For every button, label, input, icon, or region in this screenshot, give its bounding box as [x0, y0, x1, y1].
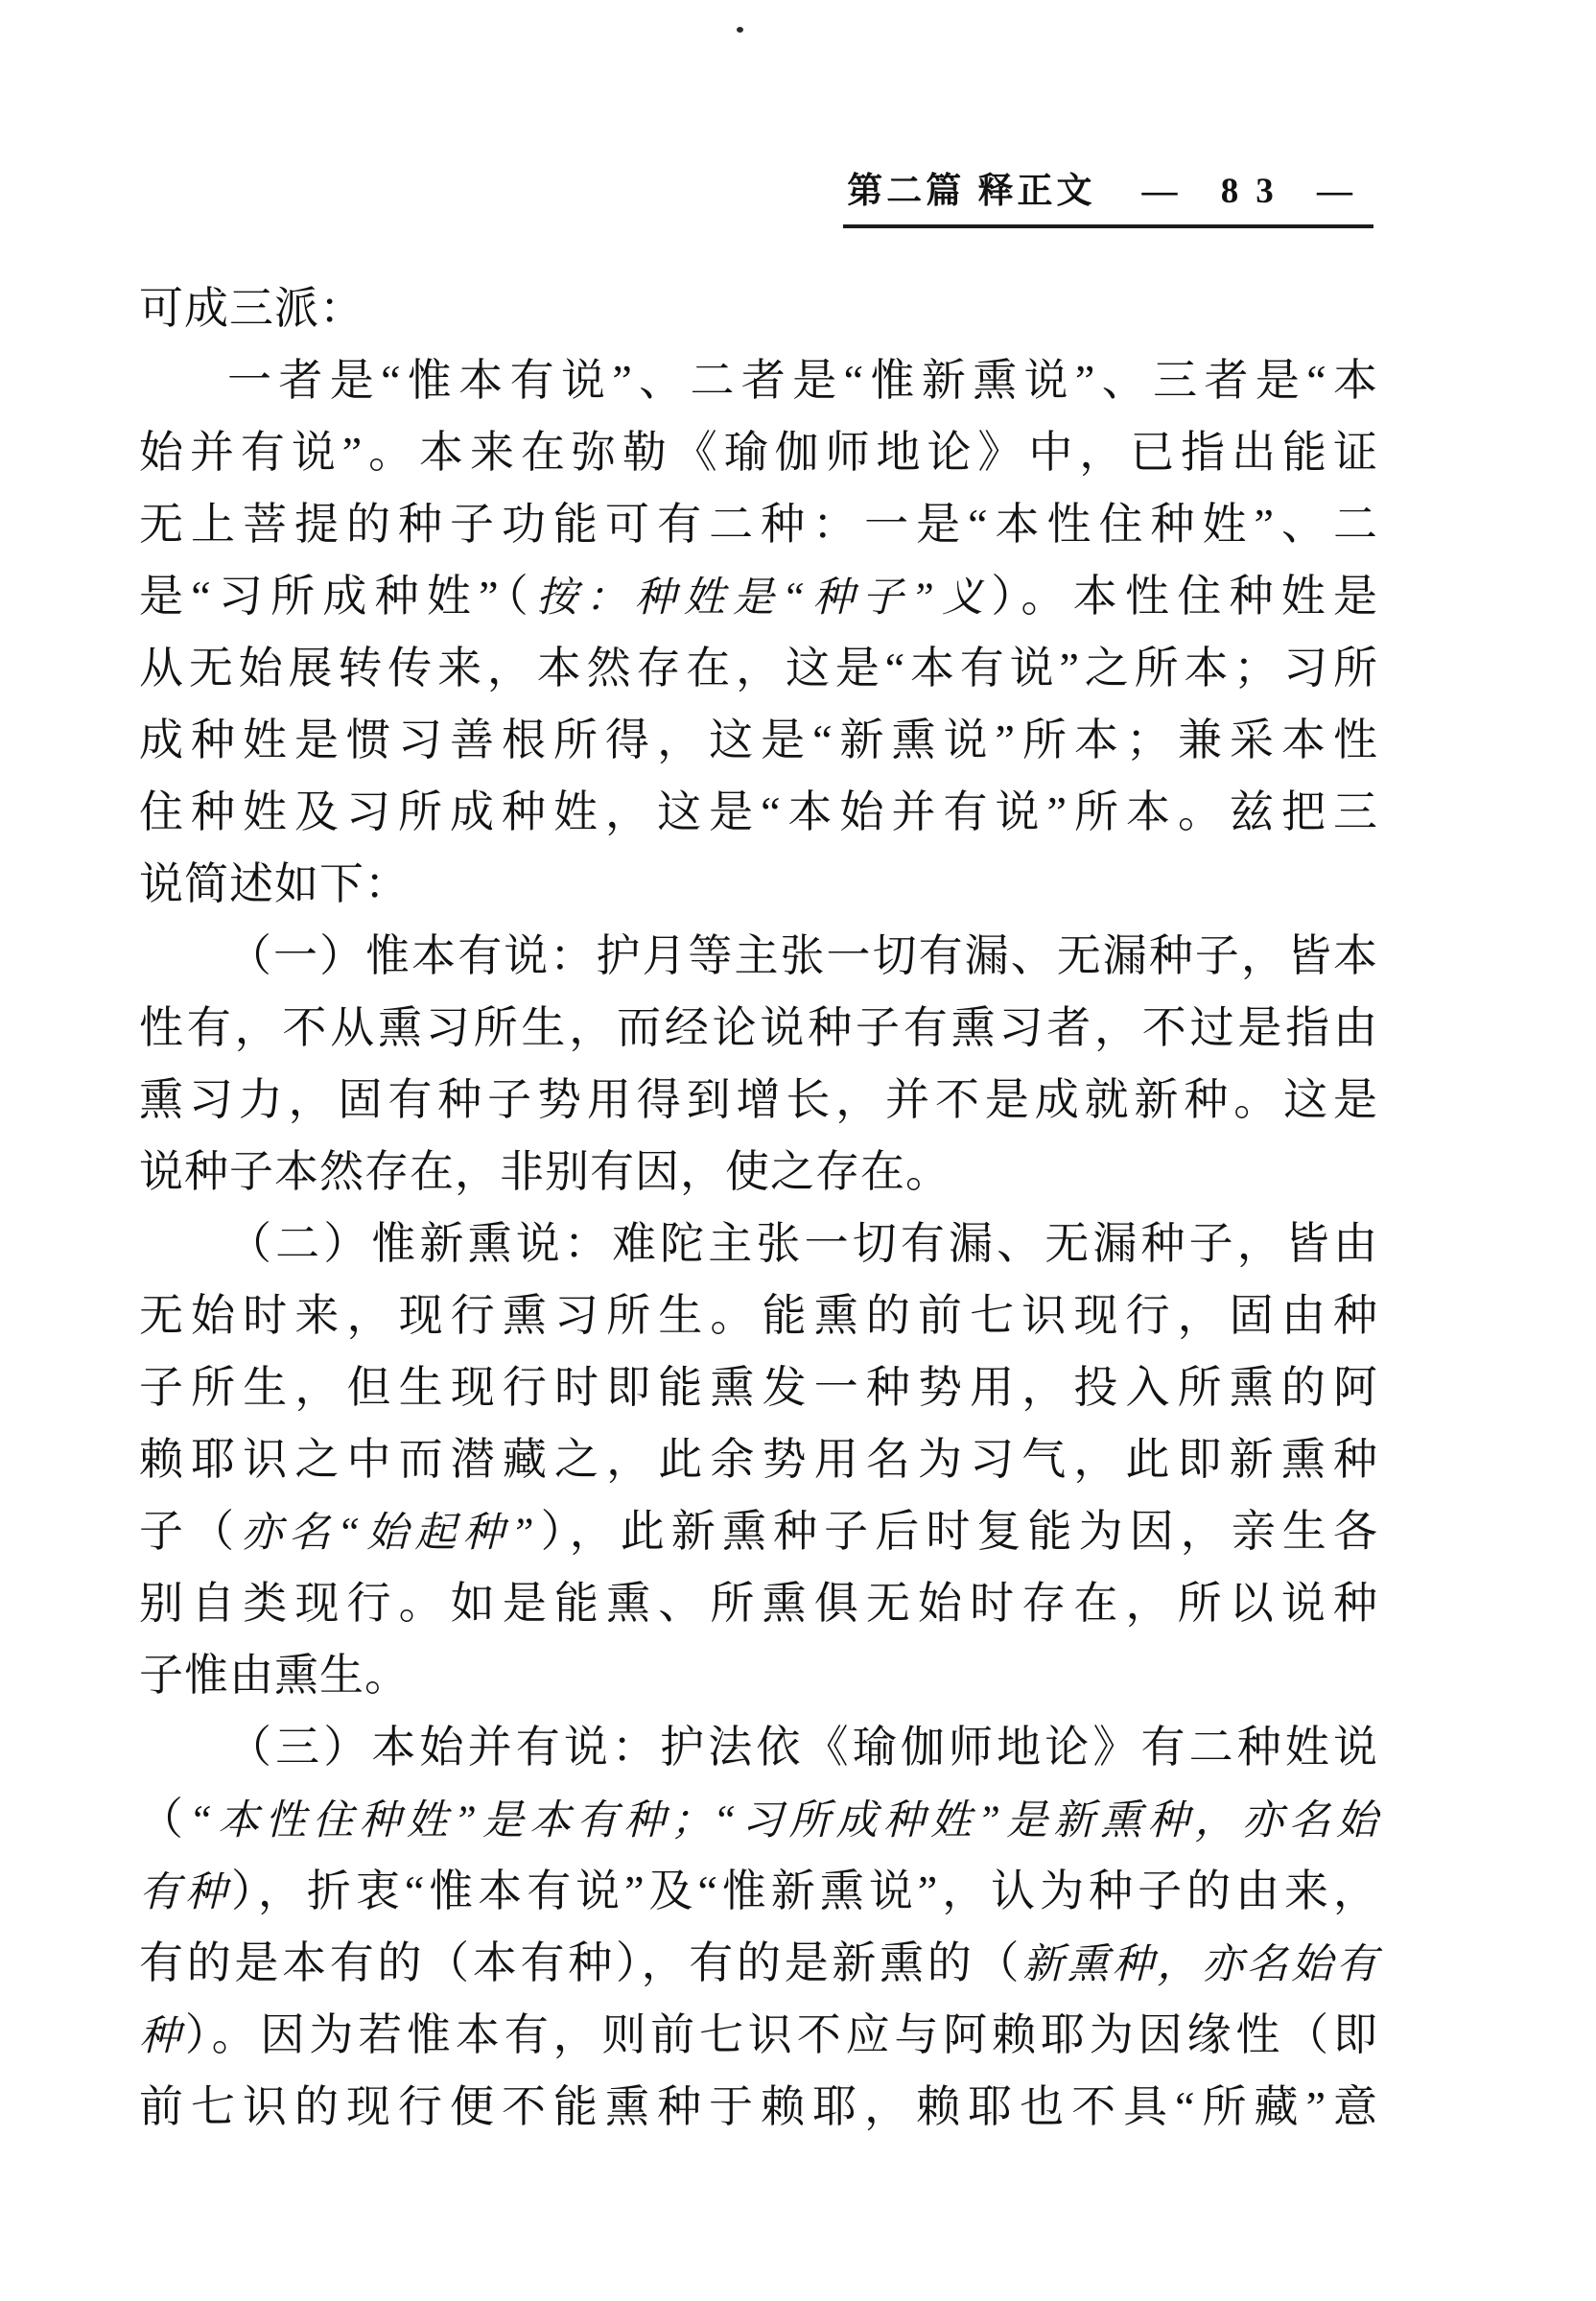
annotation-text: 新熏种，亦名始有 — [1022, 1942, 1378, 1987]
text-line: 无上菩提的种子功能可有二种：一是“本性住种姓”、二 — [139, 488, 1378, 560]
text-line: 住种姓及习所成种姓，这是“本始并有说”所本。兹把三 — [139, 776, 1378, 848]
annotation-text: 亦名“始起种” — [241, 1511, 534, 1556]
body-text-segment: 子（ — [139, 1507, 241, 1556]
text-line: 别自类现行。如是能熏、所熏俱无始时存在，所以说种 — [139, 1567, 1378, 1639]
text-line: 有种），折衷“惟本有说”及“惟新熏说”，认为种子的由来， — [139, 1855, 1378, 1927]
body-text-segment: ），折衷“惟本有说”及“惟新熏说”，认为种子的由来， — [231, 1867, 1378, 1915]
text-line: 是“习所成种姓”（按：种姓是“种子”义）。本性住种姓是 — [139, 560, 1378, 632]
body-text-segment: 说简述如下： — [139, 859, 410, 908]
body-text-segment: ）。因为若惟本有，则前七识不应与阿赖耶为因缘性（即 — [185, 2010, 1378, 2059]
body-text-segment: （ — [139, 1795, 189, 1843]
text-line: 种）。因为若惟本有，则前七识不应与阿赖耶为因缘性（即 — [139, 1999, 1378, 2071]
section-title: 第二篇 释正文 — [847, 172, 1095, 211]
book-page: 第二篇 释正文— 83 — 可成三派：一者是“惟本有说”、二者是“惟新熏说”、三… — [0, 0, 1596, 2301]
text-line: 从无始展转传来，本然存在，这是“本有说”之所本；习所 — [139, 632, 1378, 704]
body-text-segment: 前七识的现行便不能熏种于赖耶，赖耶也不具“所藏”意 — [139, 2082, 1378, 2131]
body-text-segment: ）。本性住种姓是 — [991, 572, 1378, 621]
text-line: 说种子本然存在，非别有因，使之存在。 — [139, 1136, 1378, 1208]
body-text-segment: （一）惟本有说：护月等主张一切有漏、无漏种子，皆本 — [227, 931, 1378, 980]
body-text-segment: 赖耶识之中而潜藏之，此余势用名为习气，此即新熏种 — [139, 1435, 1378, 1484]
text-line: （一）惟本有说：护月等主张一切有漏、无漏种子，皆本 — [139, 920, 1378, 992]
text-line: 性有，不从熏习所生，而经论说种子有熏习者，不过是指由 — [139, 992, 1378, 1064]
body-text-segment: 熏习力，固有种子势用得到增长，并不是成就新种。这是 — [139, 1075, 1378, 1124]
body-text-segment: （三）本始并有说：护法依《瑜伽师地论》有二种姓说 — [227, 1723, 1378, 1772]
text-line: 子所生，但生现行时即能熏发一种势用，投入所熏的阿 — [139, 1351, 1378, 1423]
text-line: 无始时来，现行熏习所生。能熏的前七识现行，固由种 — [139, 1280, 1378, 1351]
body-text-segment: 无始时来，现行熏习所生。能熏的前七识现行，固由种 — [139, 1291, 1378, 1340]
body-text-segment: ），此新熏种子后时复能为因，亲生各 — [535, 1507, 1378, 1556]
body-text-segment: 有的是本有的（本有种），有的是新熏的（ — [139, 1938, 1022, 1987]
text-line: 始并有说”。本来在弥勒《瑜伽师地论》中，已指出能证 — [139, 416, 1378, 488]
body-text-segment: （二）惟新熏说：难陀主张一切有漏、无漏种子，皆由 — [227, 1219, 1378, 1268]
body-text-segment: 子所生，但生现行时即能熏发一种势用，投入所熏的阿 — [139, 1363, 1378, 1412]
text-line: 熏习力，固有种子势用得到增长，并不是成就新种。这是 — [139, 1064, 1378, 1136]
body-text-segment: 住种姓及习所成种姓，这是“本始并有说”所本。兹把三 — [139, 787, 1378, 836]
body-text-segment: 可成三派： — [139, 284, 364, 333]
annotation-text: 按：种姓是“种子”义 — [536, 575, 991, 621]
text-line: （三）本始并有说：护法依《瑜伽师地论》有二种姓说 — [139, 1711, 1378, 1783]
text-line: 赖耶识之中而潜藏之，此余势用名为习气，此即新熏种 — [139, 1423, 1378, 1495]
annotation-text: 有种 — [139, 1870, 231, 1915]
body-text-segment: 子惟由熏生。 — [139, 1651, 410, 1700]
page-header: 第二篇 释正文— 83 — — [843, 161, 1373, 228]
body-text-segment: 是“习所成种姓”（ — [139, 572, 536, 621]
body-text-segment: 性有，不从熏习所生，而经论说种子有熏习者，不过是指由 — [139, 1003, 1378, 1052]
text-line: 成种姓是惯习善根所得，这是“新熏说”所本；兼采本性 — [139, 704, 1378, 776]
scan-speck — [737, 27, 743, 33]
text-line: （“本性住种姓”是本有种；“习所成种姓”是新熏种，亦名始 — [139, 1783, 1378, 1855]
body-text-segment: 从无始展转传来，本然存在，这是“本有说”之所本；习所 — [139, 644, 1378, 693]
text-line: 子惟由熏生。 — [139, 1639, 1378, 1711]
body-text-segment: 始并有说”。本来在弥勒《瑜伽师地论》中，已指出能证 — [139, 428, 1378, 477]
annotation-text: “本性住种姓”是本有种；“习所成种姓”是新熏种，亦名始 — [189, 1798, 1378, 1843]
text-line: 说简述如下： — [139, 848, 1378, 920]
text-line: 一者是“惟本有说”、二者是“惟新熏说”、三者是“本 — [139, 344, 1378, 416]
text-line: 子（亦名“始起种”），此新熏种子后时复能为因，亲生各 — [139, 1495, 1378, 1567]
body-text-segment: 别自类现行。如是能熏、所熏俱无始时存在，所以说种 — [139, 1579, 1378, 1628]
page-number: — 83 — — [1142, 172, 1371, 211]
text-line: 前七识的现行便不能熏种于赖耶，赖耶也不具“所藏”意 — [139, 2071, 1378, 2143]
text-line: 有的是本有的（本有种），有的是新熏的（新熏种，亦名始有 — [139, 1927, 1378, 1999]
text-line: 可成三派： — [139, 272, 1378, 344]
body-text-segment: 说种子本然存在，非别有因，使之存在。 — [139, 1147, 951, 1196]
body-text-segment: 无上菩提的种子功能可有二种：一是“本性住种姓”、二 — [139, 500, 1378, 549]
text-line: （二）惟新熏说：难陀主张一切有漏、无漏种子，皆由 — [139, 1208, 1378, 1280]
body-text-segment: 成种姓是惯习善根所得，这是“新熏说”所本；兼采本性 — [139, 716, 1378, 764]
annotation-text: 种 — [139, 2014, 185, 2059]
body-text-segment: 一者是“惟本有说”、二者是“惟新熏说”、三者是“本 — [227, 356, 1378, 405]
body-text: 可成三派：一者是“惟本有说”、二者是“惟新熏说”、三者是“本始并有说”。本来在弥… — [139, 272, 1378, 2143]
